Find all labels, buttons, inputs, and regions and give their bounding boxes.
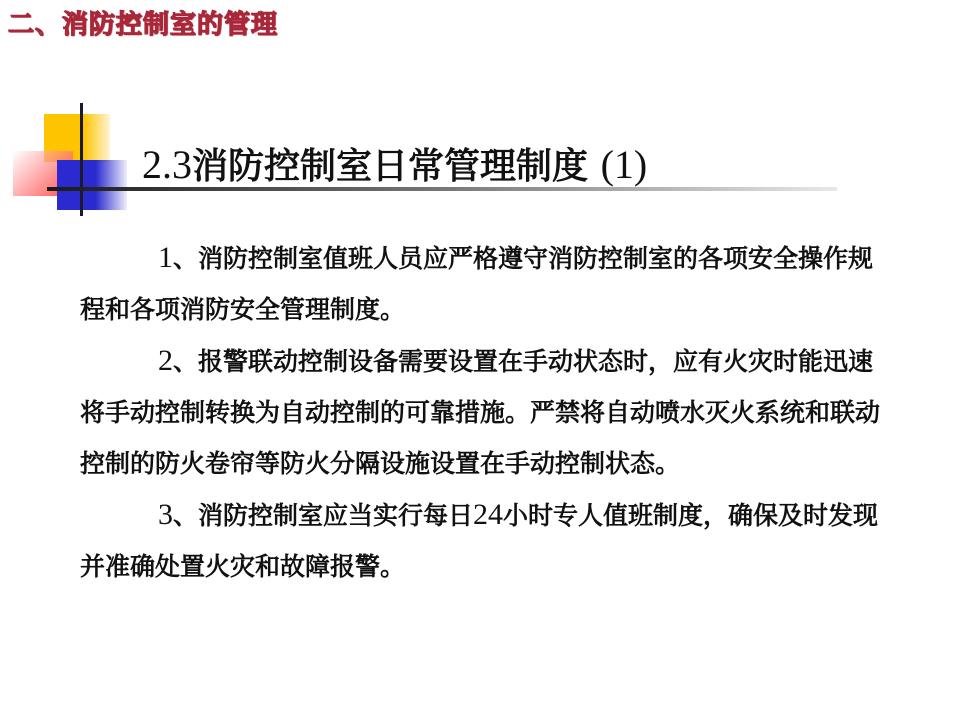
- title-suffix: (1): [601, 142, 648, 187]
- decoration-blue-square: [57, 160, 127, 210]
- paragraph-1: 1、消防控制室值班人员应严格遵守消防控制室的各项安全操作规程和各项消防安全管理制…: [80, 232, 880, 335]
- paragraph-number: 2: [158, 344, 173, 377]
- paragraph-number: 3: [158, 498, 173, 531]
- paragraph-3: 3、消防控制室应当实行每日24小时专人值班制度，确保及时发现并准确处置火灾和故障…: [80, 489, 880, 592]
- hours-value: 24: [473, 498, 503, 531]
- paragraph-number: 1: [158, 241, 173, 274]
- title-number: 2.3: [142, 142, 192, 187]
- decoration-vertical-line: [80, 103, 83, 216]
- paragraph-text: 、报警联动控制设备需要设置在手动状态时，应有火灾时能迅速将手动控制转换为自动控制…: [80, 347, 880, 478]
- slide-title: 2.3消防控制室日常管理制度 (1): [142, 138, 647, 189]
- section-header: 二、消防控制室的管理: [8, 4, 278, 41]
- title-text: 消防控制室日常管理制度: [192, 146, 588, 187]
- slide-body: 1、消防控制室值班人员应严格遵守消防控制室的各项安全操作规程和各项消防安全管理制…: [80, 232, 880, 592]
- paragraph-text: 、消防控制室应当实行每日: [173, 501, 473, 530]
- paragraph-2: 2、报警联动控制设备需要设置在手动状态时，应有火灾时能迅速将手动控制转换为自动控…: [80, 335, 880, 489]
- paragraph-text: 、消防控制室值班人员应严格遵守消防控制室的各项安全操作规程和各项消防安全管理制度…: [80, 244, 873, 324]
